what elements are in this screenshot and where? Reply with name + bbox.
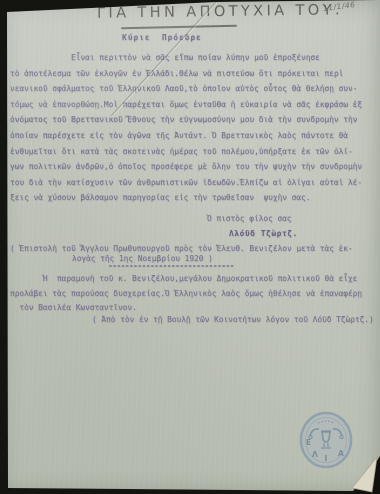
salutation: Κύριε Πρόεδρε xyxy=(122,30,202,46)
seal-letter-e: Ε xyxy=(306,438,311,447)
typewritten-line: Ἡ παραμονὴ τοῦ κ. Βενιζέλου,μεγάλου Δημο… xyxy=(10,272,362,287)
typewritten-line: τὸ ἀποτέλεσμα τῶν ἐκλογῶν ἐν Ἑλλάδι.Θέλω… xyxy=(10,66,362,82)
typewritten-line: προλάβει τὰς παρούσας δυσχερείας.Ὁ Ἑλλην… xyxy=(10,287,362,302)
seal-letter-a: Α xyxy=(338,449,344,458)
signature: Λλόϋδ Τζὼρτζ. xyxy=(229,226,298,242)
scanned-document: ΓΙΑ ΤΗΝ ΑΠΟΤΥΧΙΑ ΤΟΥ. 11/1/46 Κύριε Πρόε… xyxy=(0,0,380,494)
typewritten-line: νεανικοῦ σφάλματος τοῦ Ἑλληνικοῦ Λαοῦ,τὸ… xyxy=(10,81,362,97)
typewritten-line: του διὰ τὴν κατίσχυσιν τῶν ἀνθρωπιστικῶν… xyxy=(10,175,362,191)
typewritten-line: Εἶναι περιττὸν νὰ σᾶς εἴπω ποίαν λύπην μ… xyxy=(10,50,362,66)
handwritten-title: ΓΙΑ ΤΗΝ ΑΠΟΤΥΧΙΑ ΤΟΥ. xyxy=(97,2,343,21)
speech-source-note: ( Ἀπὸ τὸν ἐν τῇ Βουλῇ τῶν Κοινοτήτων λόγ… xyxy=(92,312,374,328)
closing-line: Ὁ πιστὸς φίλος σας xyxy=(207,211,292,227)
typewritten-line: ὁποίαν παρέσχετε εἰς τὸν ἀγῶνα τῆς Ἀντάν… xyxy=(10,128,362,144)
typewritten-line: ξεις νὰ χύσουν βάλσαμον παρηγορίας εἰς τ… xyxy=(10,190,362,206)
speech-excerpt: Ἡ παραμονὴ τοῦ κ. Βενιζέλου,μεγάλου Δημο… xyxy=(10,272,362,316)
typewritten-line: ἐνθυμεῖται ὅτι κατὰ τὰς σκοτεινὰς ἡμέρας… xyxy=(10,144,362,160)
seal-letter-l: Λ xyxy=(312,450,318,459)
typewritten-line: γων πολιτικῶν ἀνδρῶν,ὁ ὁποῖος προσέφερε … xyxy=(10,159,362,175)
typewritten-line: τόμως νὰ ἐπανορθώσῃ.Μοὶ παρέχεται ὅμως ἐ… xyxy=(10,97,362,113)
archive-seal: Ε Λ Ι Α xyxy=(298,410,354,470)
letter-paragraph: Εἶναι περιττὸν νὰ σᾶς εἴπω ποίαν λύπην μ… xyxy=(10,50,362,206)
seal-emblem-icon xyxy=(309,421,343,448)
typewritten-line: ὀνόματος τοῦ Βρεττανικοῦ Ἔθνους τὴν εὐγν… xyxy=(10,112,362,128)
seal-letter-i: Ι xyxy=(325,454,328,463)
title-underline xyxy=(121,25,237,29)
document-page: ΓΙΑ ΤΗΝ ΑΠΟΤΥΧΙΑ ΤΟΥ. 11/1/46 Κύριε Πρόε… xyxy=(0,0,380,494)
